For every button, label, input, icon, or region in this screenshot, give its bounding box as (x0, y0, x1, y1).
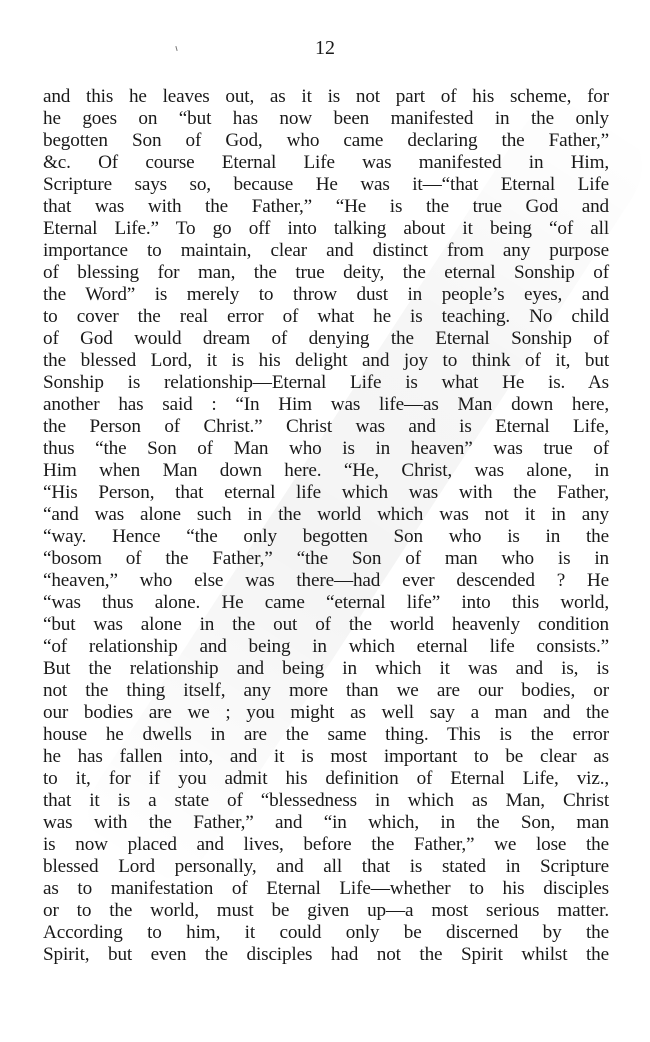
text-line: “heaven,” who else was there—had ever de… (43, 570, 609, 592)
text-line: or to the world, must be given up—a most… (43, 900, 609, 922)
text-line: “was thus alone. He came “eternal life” … (43, 592, 609, 614)
text-line: house he dwells in are the same thing. T… (43, 724, 609, 746)
text-line: Sonship is relationship—Eternal Life is … (43, 372, 609, 394)
text-line: that it is a state of “blessedness in wh… (43, 790, 609, 812)
text-line: that was with the Father,” “He is the tr… (43, 196, 609, 218)
text-line: not the thing itself, any more than we a… (43, 680, 609, 702)
text-line: another has said : “In Him was life—as M… (43, 394, 609, 416)
text-line: of God would dream of denying the Eterna… (43, 328, 609, 350)
text-line: to cover the real error of what he is te… (43, 306, 609, 328)
text-line: Scripture says so, because He was it—“th… (43, 174, 609, 196)
text-line: thus “the Son of Man who is in heaven” w… (43, 438, 609, 460)
text-line: “way. Hence “the only begotten Son who i… (43, 526, 609, 548)
text-line: Spirit, but even the disciples had not t… (43, 944, 609, 966)
text-line: &c. Of course Eternal Life was manifeste… (43, 152, 609, 174)
page-number: 12 (0, 36, 650, 60)
text-line: But the relationship and being in which … (43, 658, 609, 680)
text-line: importance to maintain, clear and distin… (43, 240, 609, 262)
text-line: the Word” is merely to throw dust in peo… (43, 284, 609, 306)
text-line: was with the Father,” and “in which, in … (43, 812, 609, 834)
text-line: the blessed Lord, it is his delight and … (43, 350, 609, 372)
text-line: Him when Man down here. “He, Christ, was… (43, 460, 609, 482)
text-line: “His Person, that eternal life which was… (43, 482, 609, 504)
text-line: Eternal Life.” To go off into talking ab… (43, 218, 609, 240)
text-line: he goes on “but has now been manifested … (43, 108, 609, 130)
text-line: “bosom of the Father,” “the Son of man w… (43, 548, 609, 570)
text-line: of blessing for man, the true deity, the… (43, 262, 609, 284)
body-text: and this he leaves out, as it is not par… (43, 86, 609, 966)
text-line: as to manifestation of Eternal Life—whet… (43, 878, 609, 900)
text-line: to it, for if you admit his definition o… (43, 768, 609, 790)
text-line: “of relationship and being in which eter… (43, 636, 609, 658)
text-line: “but was alone in the out of the world h… (43, 614, 609, 636)
text-line: According to him, it could only be disce… (43, 922, 609, 944)
text-line: blessed Lord personally, and all that is… (43, 856, 609, 878)
book-page: 12 and this he leaves out, as it is not … (0, 0, 650, 1042)
text-line: our bodies are we ; you might as well sa… (43, 702, 609, 724)
text-line: the Person of Christ.” Christ was and is… (43, 416, 609, 438)
text-line: and this he leaves out, as it is not par… (43, 86, 609, 108)
text-line: is now placed and lives, before the Fath… (43, 834, 609, 856)
text-line: he has fallen into, and it is most impor… (43, 746, 609, 768)
text-line: “and was alone such in the world which w… (43, 504, 609, 526)
text-line: begotten Son of God, who came declaring … (43, 130, 609, 152)
